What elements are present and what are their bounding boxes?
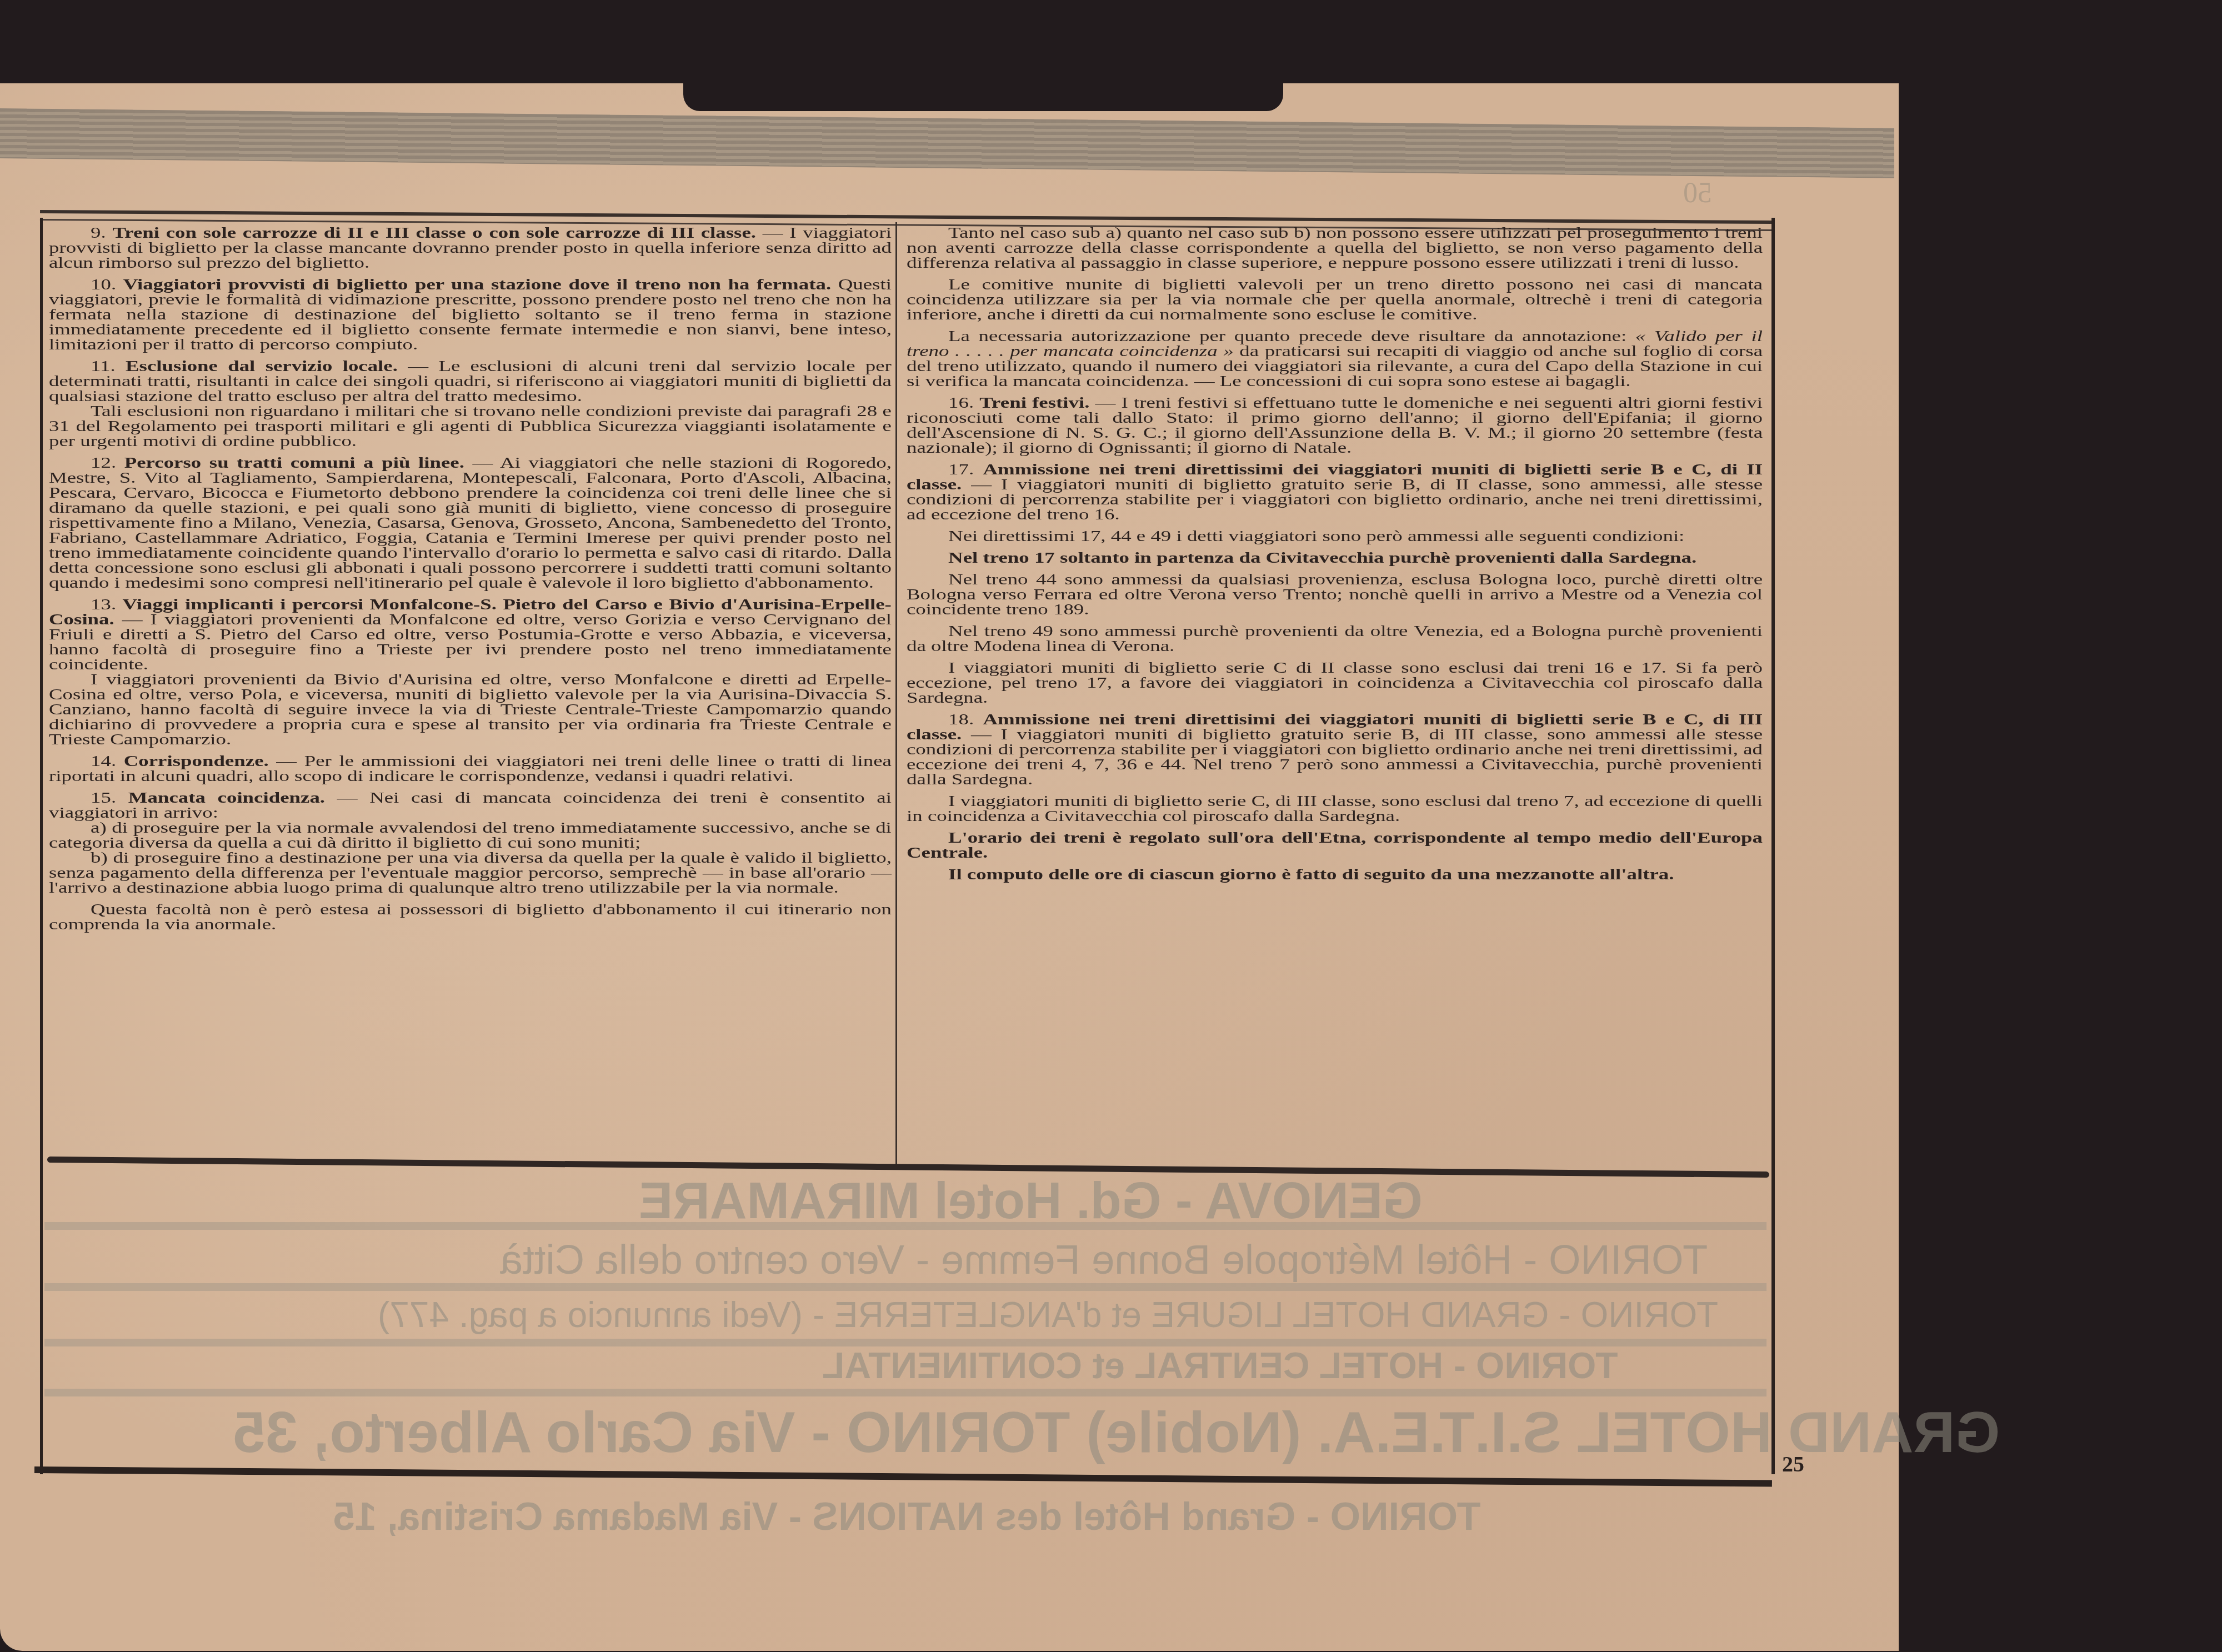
closing-note-time: L'orario dei treni è regolato sull'ora d…	[907, 830, 1763, 860]
section-11-extra: Tali esclusioni non riguardano i militar…	[49, 403, 892, 448]
section-body: — I viaggiatori muniti di biglietto grat…	[907, 725, 1763, 788]
section-14: 14. Corrispondenze. — Per le ammissioni …	[49, 753, 892, 783]
section-17-para-4: Nel treno 49 sono ammessi purchè proveni…	[907, 623, 1763, 653]
section-body: — I viaggiatori provenienti da Monfalcon…	[49, 610, 892, 673]
right-column: Tanto nel caso sub a) quanto nel caso su…	[907, 225, 1763, 882]
section-17-para-1: Nei direttissimi 17, 44 e 49 i detti via…	[907, 528, 1763, 543]
section-body: — I viaggiatori muniti di biglietto grat…	[907, 475, 1763, 523]
page-number: 25	[1782, 1451, 1804, 1477]
column-divider	[895, 222, 897, 1167]
section-13-extra: I viaggiatori provenienti da Bivio d'Aur…	[49, 672, 892, 747]
closing-note-hours: Il computo delle ore di ciascun giorno è…	[907, 867, 1763, 882]
section-18-para-1: I viaggiatori muniti di biglietto serie …	[907, 793, 1763, 823]
section-10: 10. Viaggiatori provvisti di biglietto p…	[49, 277, 892, 352]
section-17-para-5: I viaggiatori muniti di biglietto serie …	[907, 660, 1763, 705]
section-11: 11. Esclusione dal servizio locale. — Le…	[49, 358, 892, 403]
section-15-item-a: a) di proseguire per la via normale avva…	[49, 820, 892, 850]
section-17: 17. Ammissione nei treni direttissimi de…	[907, 462, 1763, 522]
section-15-item-b: b) di proseguire fino a destinazione per…	[49, 850, 892, 895]
section-body: — Ai viaggiatori che nelle stazioni di R…	[49, 454, 892, 591]
paragraph-continuation: Tanto nel caso sub a) quanto nel caso su…	[907, 225, 1763, 270]
section-15-extra: Questa facoltà non è però estesa ai poss…	[49, 902, 892, 932]
paragraph-authorization: La necessaria autorizzazione per quanto …	[907, 328, 1763, 388]
section-15: 15. Mancata coincidenza. — Nei casi di m…	[49, 790, 892, 820]
section-13: 13. Viaggi implicanti i percorsi Monfalc…	[49, 597, 892, 672]
left-column: 9. Treni con sole carrozze di II e III c…	[49, 225, 892, 932]
section-9: 9. Treni con sole carrozze di II e III c…	[49, 225, 892, 270]
section-16: 16. Treni festivi. — I treni festivi si …	[907, 395, 1763, 455]
page-top-edge-notch	[683, 78, 1283, 111]
bleed-page-number: 50	[1683, 177, 1712, 209]
section-12: 12. Percorso su tratti comuni a più line…	[49, 455, 892, 590]
bleed-ad-6: TORINO - Grand Hôtel des NATIONS - Via M…	[333, 1494, 1480, 1539]
section-18: 18. Ammissione nei treni direttisimi dei…	[907, 712, 1763, 787]
paragraph-comitive: Le comitive munite di biglietti valevoli…	[907, 277, 1763, 322]
section-17-para-3: Nel treno 44 sono ammessi da qualsiasi p…	[907, 572, 1763, 617]
section-17-para-2: Nel treno 17 soltanto in partenza da Civ…	[907, 550, 1763, 565]
